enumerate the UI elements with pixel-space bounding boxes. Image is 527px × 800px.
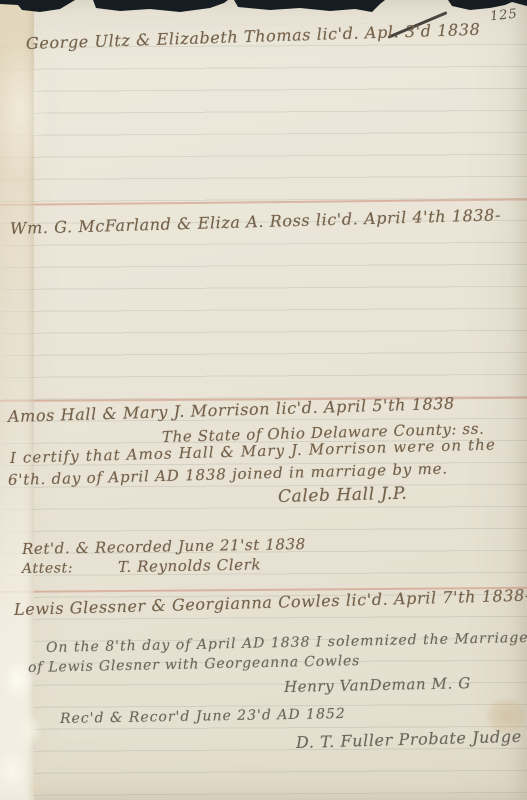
license-entry-line: George Ultz & Elizabeth Thomas lic'd. Ap… — [26, 20, 481, 53]
ledger-page-scan: 125 George Ultz & Elizabeth Thomas lic'd… — [0, 0, 527, 800]
license-entry-line: Wm. G. McFarland & Eliza A. Ross lic'd. … — [10, 205, 501, 238]
judge-signature: D. T. Fuller Probate Judge — [296, 727, 522, 752]
recorded-line: Ret'd. & Recorded June 21'st 1838 — [22, 535, 306, 558]
page-left-edge-band — [0, 0, 34, 800]
attest-label: Attest: — [22, 560, 73, 577]
paper-stain — [0, 30, 70, 190]
officiant-signature: Caleb Hall J.P. — [278, 484, 408, 507]
recorded-line: Rec'd & Recor'd June 23'd AD 1852 — [60, 706, 346, 727]
certificate-body-line: of Lewis Glesner with Georgeanna Cowles — [28, 653, 360, 676]
officiant-signature: Henry VanDeman M. G — [284, 674, 471, 696]
attest-clerk-name: T. Reynolds Clerk — [118, 556, 261, 576]
page-number: 125 — [489, 7, 518, 25]
license-entry-line: Lewis Glessner & Georgianna Cowles lic'd… — [14, 586, 527, 619]
red-section-rule — [0, 198, 527, 206]
certificate-body-line: On the 8'th day of April AD 1838 I solem… — [46, 630, 527, 656]
